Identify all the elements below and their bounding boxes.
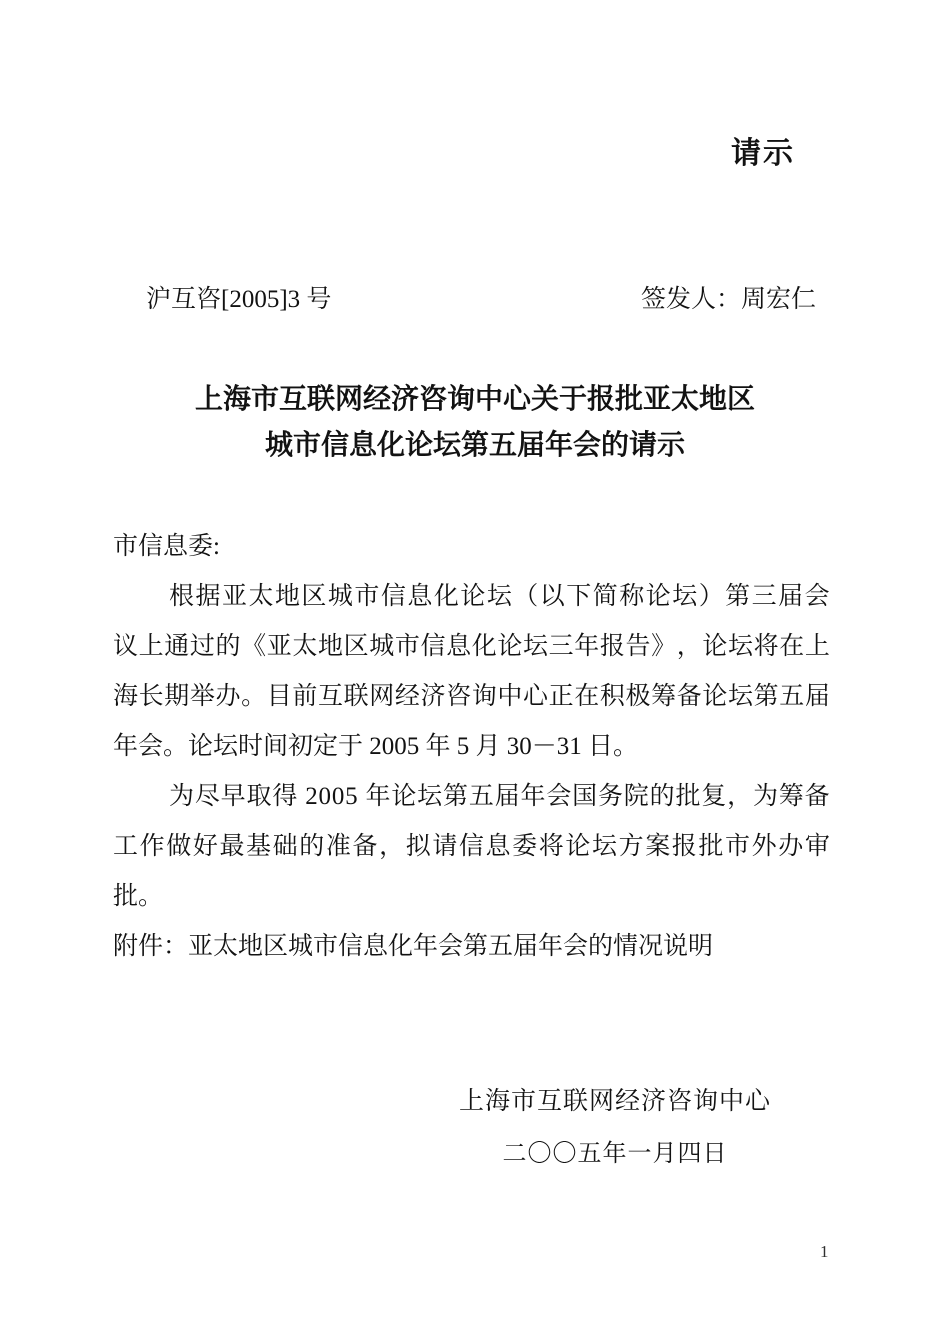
signature-org: 上海市互联网经济咨询中心 bbox=[400, 1076, 830, 1128]
body-line: 议上通过的《亚太地区城市信息化论坛三年报告》，论坛将在上 bbox=[113, 622, 830, 672]
title-line-1: 上海市互联网经济咨询中心关于报批亚太地区 bbox=[0, 377, 950, 423]
body-line: 批。 bbox=[113, 872, 830, 922]
body-line: 年会。论坛时间初定于 2005 年 5 月 30－31 日。 bbox=[113, 722, 830, 772]
document-body: 市信息委: 根据亚太地区城市信息化论坛（以下简称论坛）第三届会 议上通过的《亚太… bbox=[113, 522, 830, 972]
signature-date: 二〇〇五年一月四日 bbox=[400, 1128, 830, 1180]
salutation: 市信息委: bbox=[113, 522, 830, 572]
body-line: 工作做好最基础的准备，拟请信息委将论坛方案报批市外办审 bbox=[113, 822, 830, 872]
body-line: 根据亚太地区城市信息化论坛（以下简称论坛）第三届会 bbox=[113, 572, 830, 622]
signer-name: 签发人：周宏仁 bbox=[641, 279, 816, 315]
reference-number: 沪互咨[2005]3 号 bbox=[146, 279, 331, 315]
document-title: 上海市互联网经济咨询中心关于报批亚太地区 城市信息化论坛第五届年会的请示 bbox=[0, 377, 950, 469]
signature-block: 上海市互联网经济咨询中心 二〇〇五年一月四日 bbox=[400, 1076, 830, 1180]
attachment-line: 附件：亚太地区城市信息化年会第五届年会的情况说明 bbox=[113, 922, 830, 972]
page-number: 1 bbox=[820, 1242, 829, 1262]
reference-row: 沪互咨[2005]3 号 签发人：周宏仁 bbox=[146, 279, 816, 315]
doc-type-heading: 请示 bbox=[731, 128, 795, 172]
body-line: 为尽早取得 2005 年论坛第五届年会国务院的批复，为筹备 bbox=[113, 772, 830, 822]
body-line: 海长期举办。目前互联网经济咨询中心正在积极筹备论坛第五届 bbox=[113, 672, 830, 722]
document-page: 请示 沪互咨[2005]3 号 签发人：周宏仁 上海市互联网经济咨询中心关于报批… bbox=[0, 0, 950, 1344]
title-line-2: 城市信息化论坛第五届年会的请示 bbox=[0, 423, 950, 469]
